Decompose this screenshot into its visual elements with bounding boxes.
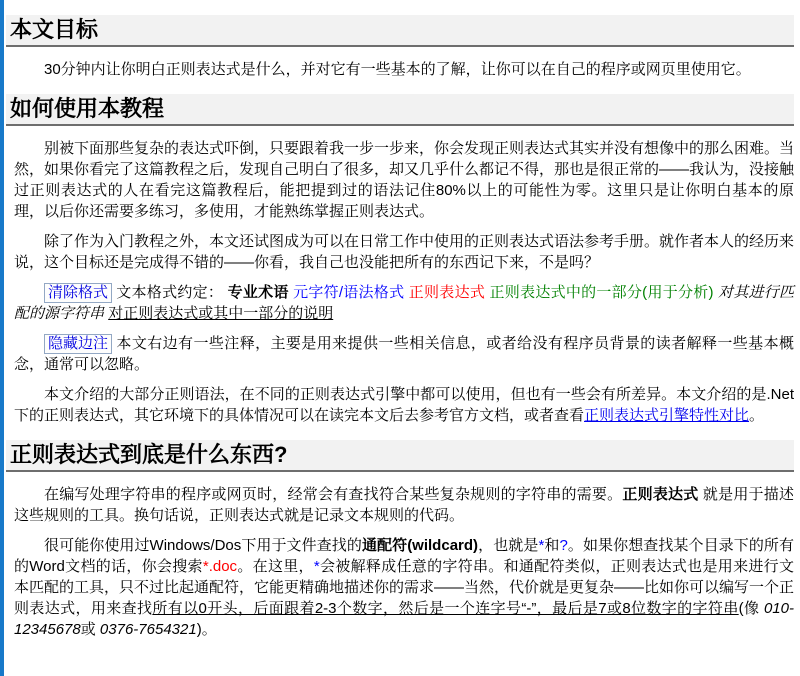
text-run: 或: [81, 621, 96, 638]
text-run: 。: [749, 407, 764, 424]
clear-format-button[interactable]: 清除格式: [44, 283, 112, 303]
paragraph: 很可能你使用过Windows/Dos下用于文件查找的通配符(wildcard)，…: [14, 535, 794, 640]
text-run: 和: [544, 537, 559, 554]
section-heading: 如何使用本教程: [6, 94, 794, 126]
text-run: 很可能你使用过Windows/Dos下用于文件查找的: [44, 537, 362, 554]
text-run: 专业术语: [228, 284, 289, 301]
text-run: ?: [559, 537, 567, 554]
text-run: 30分钟内让你明白正则表达式是什么，并对它有一些基本的了解，让你可以在自己的程序…: [44, 61, 751, 78]
paragraph: 别被下面那些复杂的表达式吓倒，只要跟着我一步一步来，你会发现正则表达式其实并没有…: [14, 138, 794, 222]
paragraph: 在编写处理字符串的程序或网页时，经常会有查找符合某些复杂规则的字符串的需要。正则…: [14, 484, 794, 526]
text-run: )。: [197, 621, 217, 638]
text-run: (像: [739, 600, 760, 617]
hide-sidenotes-button[interactable]: 隐藏边注: [44, 334, 112, 354]
text-run: ，也就是: [478, 537, 538, 554]
text-run: 元字符/语法格式: [293, 284, 404, 301]
text-run: 通配符(wildcard): [362, 537, 478, 554]
tutorial-page: { "page": { "accent_border_color": "#177…: [0, 0, 800, 676]
section-heading: 正则表达式到底是什么东西?: [6, 440, 794, 472]
text-run: 所有以0开头，后面跟着2-3个数字，然后是一个连字号“-”，最后是7或8位数字的…: [152, 600, 738, 617]
text-run: 。在这里，: [237, 558, 314, 575]
paragraph: 清除格式文本格式约定： 专业术语 元字符/语法格式 正则表达式 正则表达式中的一…: [14, 282, 794, 324]
text-run: 除了作为入门教程之外，本文还试图成为可以在日常工作中使用的正则表达式语法参考手册…: [14, 233, 794, 271]
text-run: 对正则表达式或其中一部分的说明: [108, 305, 333, 322]
section-heading: 本文目标: [6, 15, 794, 47]
paragraph: 30分钟内让你明白正则表达式是什么，并对它有一些基本的了解，让你可以在自己的程序…: [14, 59, 794, 80]
text-run: 正则表达式: [409, 284, 485, 301]
text-run: 本文右边有一些注释，主要是用来提供一些相关信息，或者给没有程序员背景的读者解释一…: [14, 335, 794, 373]
text-run: 0376-7654321: [96, 621, 197, 638]
text-run: 别被下面那些复杂的表达式吓倒，只要跟着我一步一步来，你会发现正则表达式其实并没有…: [14, 140, 794, 220]
text-run: 正则表达式: [622, 486, 698, 503]
text-run: 正则表达式中的一部分(用于分析): [490, 284, 714, 301]
document-content: 本文目标30分钟内让你明白正则表达式是什么，并对它有一些基本的了解，让你可以在自…: [4, 15, 800, 640]
text-run: 在编写处理字符串的程序或网页时，经常会有查找符合某些复杂规则的字符串的需要。: [44, 486, 622, 503]
paragraph: 隐藏边注本文右边有一些注释，主要是用来提供一些相关信息，或者给没有程序员背景的读…: [14, 333, 794, 375]
paragraph: 本文介绍的大部分正则语法，在不同的正则表达式引擎中都可以使用，但也有一些会有所差…: [14, 384, 794, 426]
paragraph: 除了作为入门教程之外，本文还试图成为可以在日常工作中使用的正则表达式语法参考手册…: [14, 231, 794, 273]
text-run: *.doc: [203, 558, 237, 575]
text-run: 文本格式约定：: [116, 284, 228, 301]
regex-engine-comparison-link[interactable]: 正则表达式引擎特性对比: [584, 407, 749, 424]
